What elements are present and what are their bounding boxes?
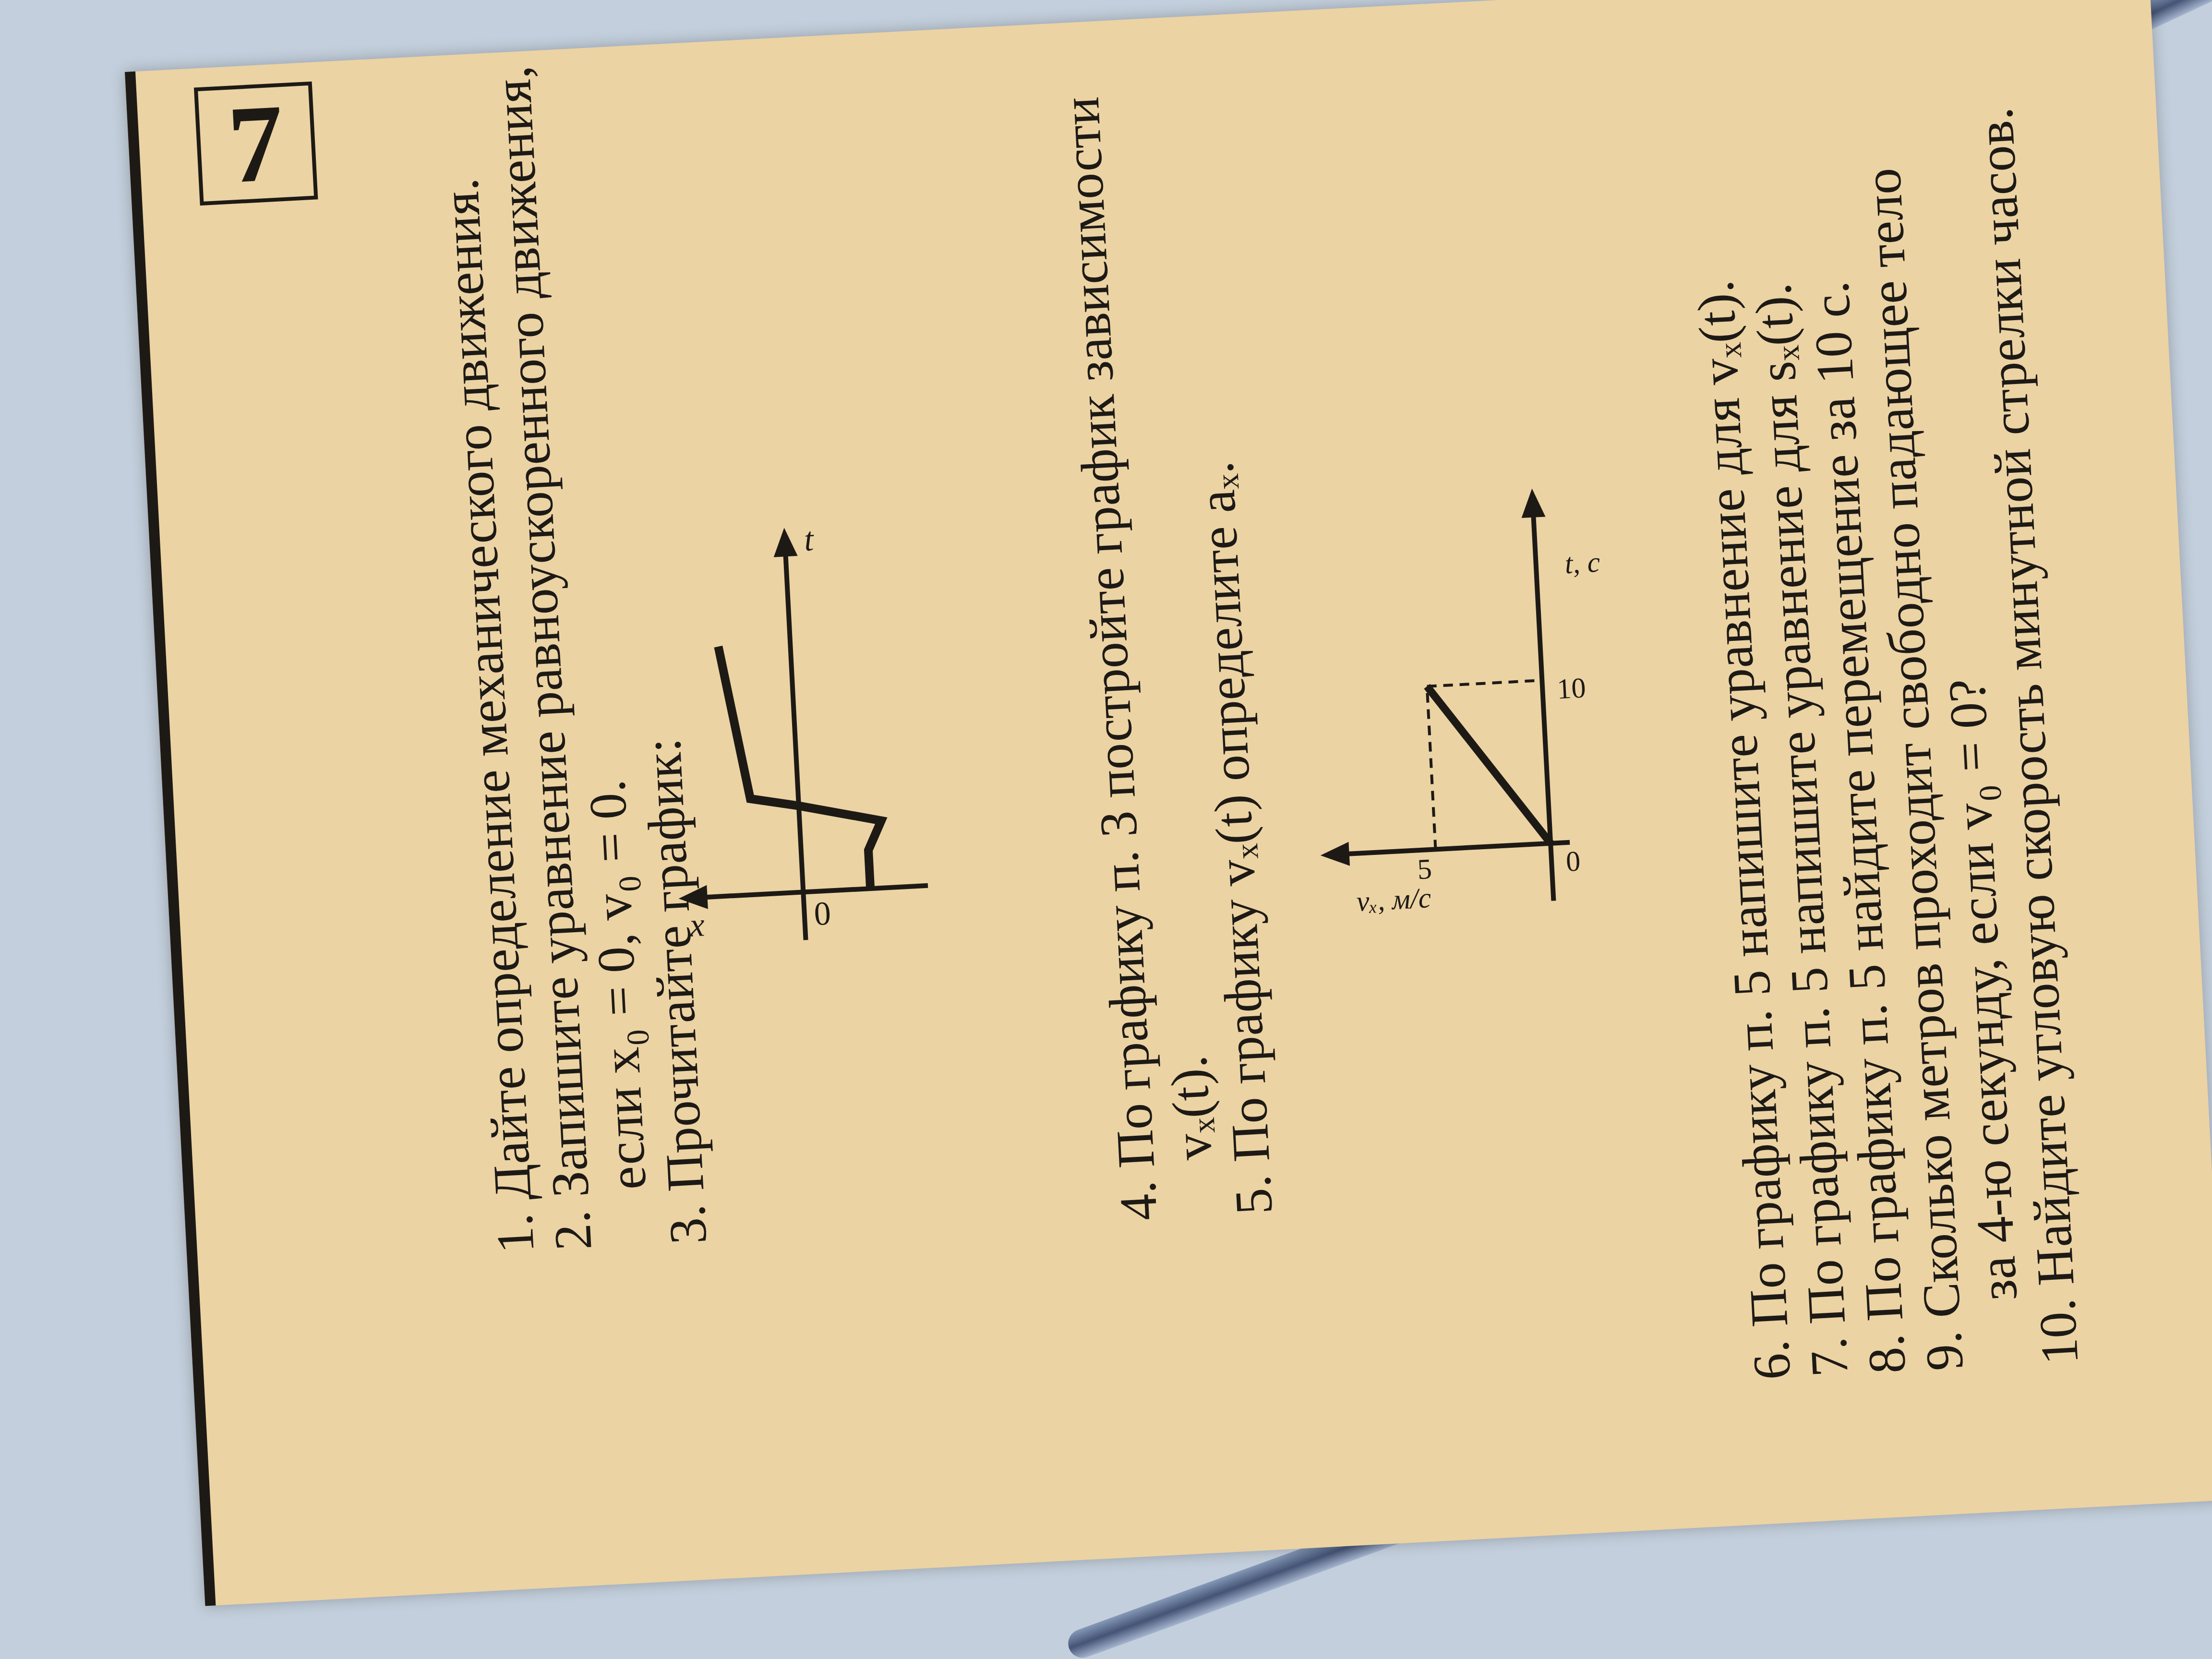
svg-text:vₓ, м/с: vₓ, м/с (1356, 882, 1432, 917)
graph-vx-t: vₓ, м/с t, с 0 5 10 (1263, 475, 1621, 924)
svg-text:10: 10 (1556, 672, 1587, 705)
question-4: 4. По графику п. 3 постройте график зави… (1050, 96, 1170, 1222)
svg-text:t, с: t, с (1564, 546, 1601, 580)
card-number: 7 (194, 82, 318, 206)
svg-text:t: t (803, 521, 815, 558)
question-4-cont: vₓ(t). (1158, 1054, 1224, 1162)
svg-text:0: 0 (1565, 845, 1581, 878)
svg-text:0: 0 (813, 895, 832, 933)
svg-text:5: 5 (1417, 853, 1432, 885)
task-card: 7 1. Дайте определение механического дви… (125, 0, 2212, 1606)
svg-text:x: x (688, 906, 706, 944)
graph-x-t: x t 0 (640, 511, 950, 957)
